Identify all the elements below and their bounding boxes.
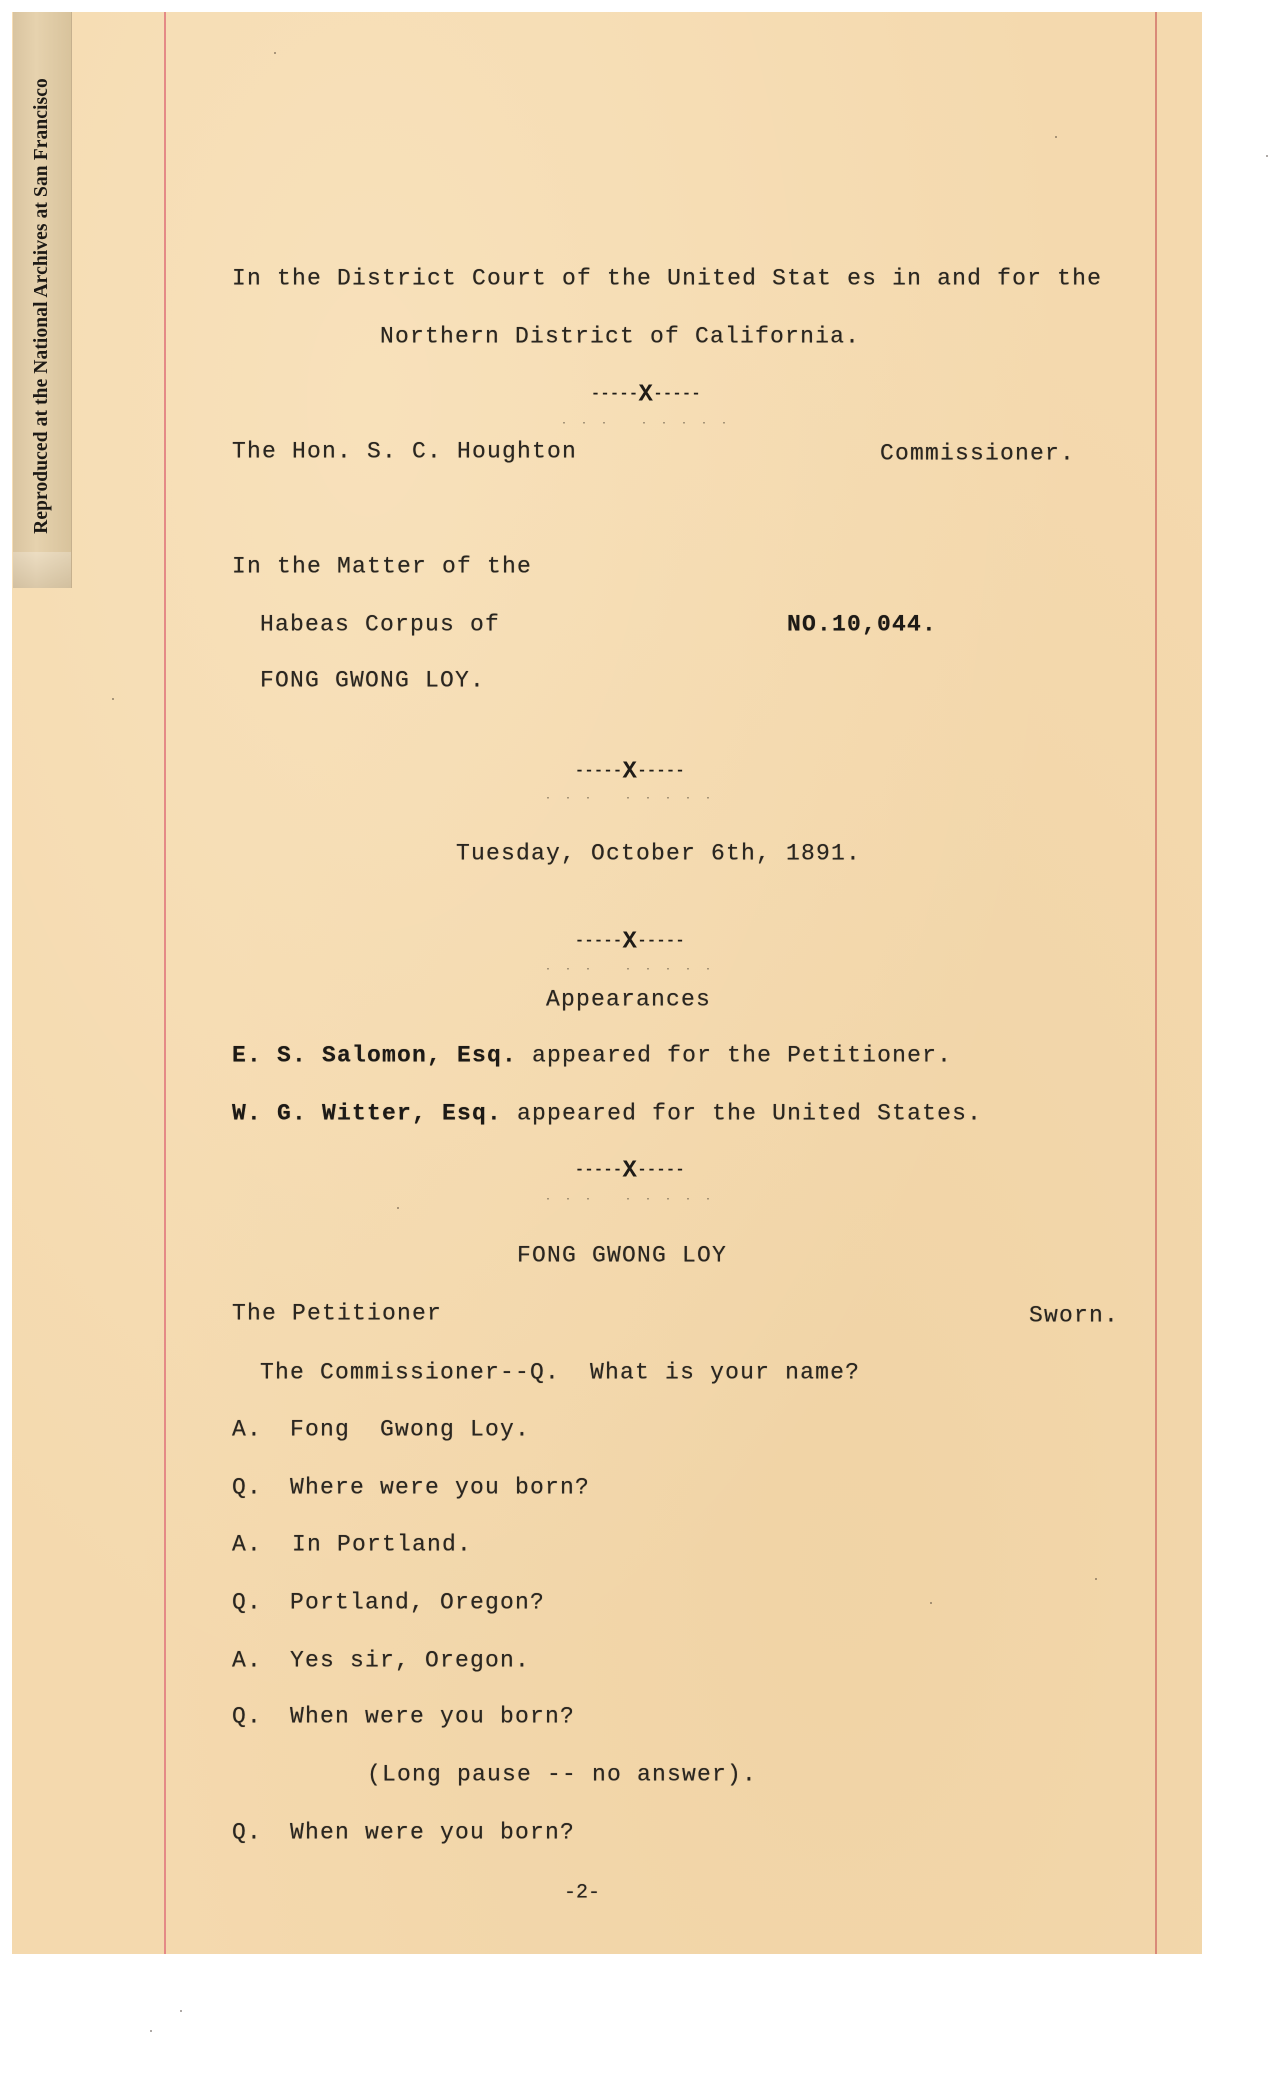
- separator-dashes: -----: [575, 933, 623, 950]
- qa-label: Q.: [232, 1822, 262, 1845]
- left-margin-rule: [164, 12, 166, 1954]
- case-number: NO.10,044.: [787, 614, 937, 637]
- separator-dashes: -----: [653, 386, 701, 403]
- matter-line-2: Habeas Corpus of: [260, 614, 500, 637]
- hearing-date: Tuesday, October 6th, 1891.: [456, 843, 861, 866]
- separator-dots: . . . . . . . .: [545, 1193, 715, 1204]
- qa-label: A.: [232, 1534, 262, 1557]
- qa-text: Fong Gwong Loy.: [290, 1419, 530, 1442]
- paper-speck: [397, 1207, 399, 1209]
- commissioner-name: The Hon. S. C. Houghton: [232, 441, 577, 464]
- qa-text: When were you born?: [290, 1706, 575, 1729]
- page-number: -2-: [564, 1882, 600, 1905]
- separator-dashes: -----: [591, 386, 639, 403]
- scan-speck: [150, 2030, 152, 2032]
- sworn-label: Sworn.: [1029, 1305, 1119, 1328]
- qa-label: A.: [232, 1650, 262, 1673]
- separator-dots: . . . . . . . .: [545, 792, 715, 803]
- section-separator: -----X-----: [575, 929, 685, 956]
- matter-line-1: In the Matter of the: [232, 556, 532, 579]
- archive-stamp: Reproduced at the National Archives at S…: [31, 78, 53, 534]
- separator-x-mark: X: [623, 929, 638, 956]
- qa-text: Yes sir, Oregon.: [290, 1650, 530, 1673]
- witness-heading: FONG GWONG LOY: [517, 1245, 727, 1268]
- appearances-heading: Appearances: [546, 989, 711, 1012]
- qa-text: When were you born?: [290, 1822, 575, 1845]
- right-margin-rule: [1155, 12, 1157, 1954]
- paper-speck: [1095, 1578, 1097, 1580]
- court-heading-line-1: In the District Court of the United Stat…: [232, 268, 1102, 291]
- appearance-entry: W. G. Witter, Esq. appeared for the Unit…: [232, 1103, 982, 1126]
- matter-line-3: FONG GWONG LOY.: [260, 670, 485, 693]
- attorney-name: W. G. Witter, Esq.: [232, 1101, 502, 1127]
- section-separator: -----X-----: [575, 759, 685, 786]
- commissioner-title: Commissioner.: [880, 443, 1075, 466]
- qa-text: In Portland.: [292, 1534, 472, 1557]
- separator-dashes: -----: [575, 1162, 623, 1179]
- separator-x-mark: X: [639, 382, 654, 409]
- qa-text: Where were you born?: [290, 1477, 590, 1500]
- witness-role: The Petitioner: [232, 1303, 442, 1326]
- section-separator: -----X-----: [575, 1158, 685, 1185]
- scan-speck: [180, 2010, 182, 2012]
- separator-dots: . . . . . . . .: [545, 963, 715, 974]
- separator-dashes: -----: [637, 763, 685, 780]
- paper-speck: [1055, 136, 1057, 138]
- attorney-name: E. S. Salomon, Esq.: [232, 1043, 517, 1069]
- separator-x-mark: X: [623, 1158, 638, 1185]
- commissioner-question: The Commissioner--Q. What is your name?: [260, 1362, 860, 1385]
- appearance-text: appeared for the Petitioner.: [517, 1043, 952, 1069]
- separator-dashes: -----: [575, 763, 623, 780]
- separator-dashes: -----: [637, 1162, 685, 1179]
- paper-speck: [112, 698, 114, 700]
- separator-x-mark: X: [623, 759, 638, 786]
- appearance-text: appeared for the United States.: [502, 1101, 982, 1127]
- appearance-entry: E. S. Salomon, Esq. appeared for the Pet…: [232, 1045, 952, 1068]
- pause-note: (Long pause -- no answer).: [367, 1764, 757, 1787]
- separator-dots: . . . . . . . .: [561, 417, 731, 428]
- paper-speck: [274, 52, 276, 54]
- paper-speck: [930, 1602, 932, 1604]
- section-separator: -----X-----: [591, 382, 701, 409]
- qa-label: Q.: [232, 1477, 262, 1500]
- separator-dashes: -----: [637, 933, 685, 950]
- qa-label: A.: [232, 1419, 262, 1442]
- court-heading-line-2: Northern District of California.: [380, 326, 860, 349]
- qa-label: Q.: [232, 1592, 262, 1615]
- scan-speck: [1266, 155, 1268, 157]
- document-page: Reproduced at the National Archives at S…: [12, 12, 1202, 1954]
- archive-tape-end: [13, 552, 71, 588]
- qa-label: Q.: [232, 1706, 262, 1729]
- qa-text: Portland, Oregon?: [290, 1592, 545, 1615]
